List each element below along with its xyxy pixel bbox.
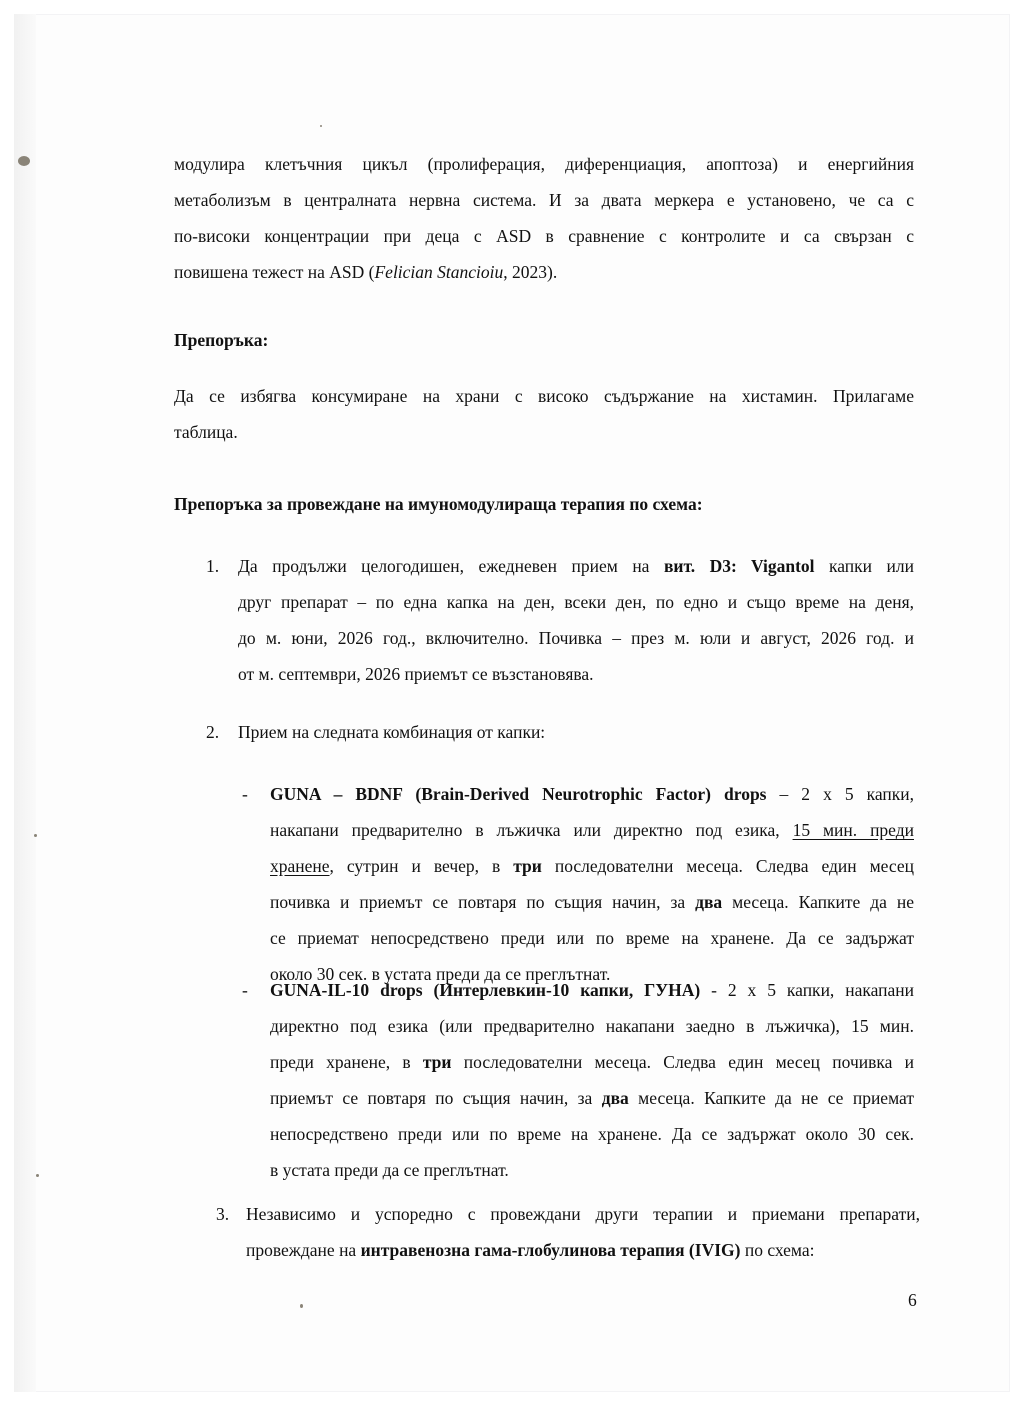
product-name-il10: GUNA-IL-10 drops (Интерлевкин-10 капки, … xyxy=(270,980,700,1000)
subitem-guna-il10: GUNA-IL-10 drops (Интерлевкин-10 капки, … xyxy=(270,972,914,1188)
list-item-2: Прием на следната комбинация от капки: xyxy=(238,714,545,750)
document-body: модулира клетъчния цикъл (пролиферация, … xyxy=(0,0,1024,1408)
intro-line-4: повишена тежест на ASD (Felician Stancio… xyxy=(174,254,914,290)
ivig-therapy: интравенозна гама-глобулинова терапия (I… xyxy=(361,1240,741,1260)
intro-line-3: по-високи концентрации при деца с ASD в … xyxy=(174,218,914,254)
rec1-line-1: Да се избягва консумиране на храни с вис… xyxy=(174,378,914,414)
page-number: 6 xyxy=(908,1282,917,1318)
citation-author: Felician Stancioiu xyxy=(374,262,503,282)
product-name-bdnf: GUNA – BDNF (Brain-Derived Neurotrophic … xyxy=(270,784,767,804)
intro-paragraph: модулира клетъчния цикъл (пролиферация, … xyxy=(174,146,914,290)
recommendation-heading-2: Препоръка за провеждане на имуномодулира… xyxy=(174,486,703,522)
bullet-dash: - xyxy=(242,972,248,1008)
subitem-guna-bdnf: GUNA – BDNF (Brain-Derived Neurotrophic … xyxy=(270,776,914,992)
list-number-1: 1. xyxy=(206,548,219,584)
recommendation-heading-1: Препоръка: xyxy=(174,322,268,358)
bullet-dash: - xyxy=(242,776,248,812)
recommendation-1-text: Да се избягва консумиране на храни с вис… xyxy=(174,378,914,450)
list-number-3: 3. xyxy=(216,1196,229,1232)
list-item-1: Да продължи целогодишен, ежедневен прием… xyxy=(238,548,914,692)
rec1-line-2: таблица. xyxy=(174,414,914,450)
vitamin-d3-name: вит. D3: Vigantol xyxy=(664,556,815,576)
intro-line-1: модулира клетъчния цикъл (пролиферация, … xyxy=(174,146,914,182)
list-item-3: Независимо и успоредно с провеждани друг… xyxy=(246,1196,920,1268)
intro-line-2: метаболизъм в централната нервна система… xyxy=(174,182,914,218)
list-number-2: 2. xyxy=(206,714,219,750)
